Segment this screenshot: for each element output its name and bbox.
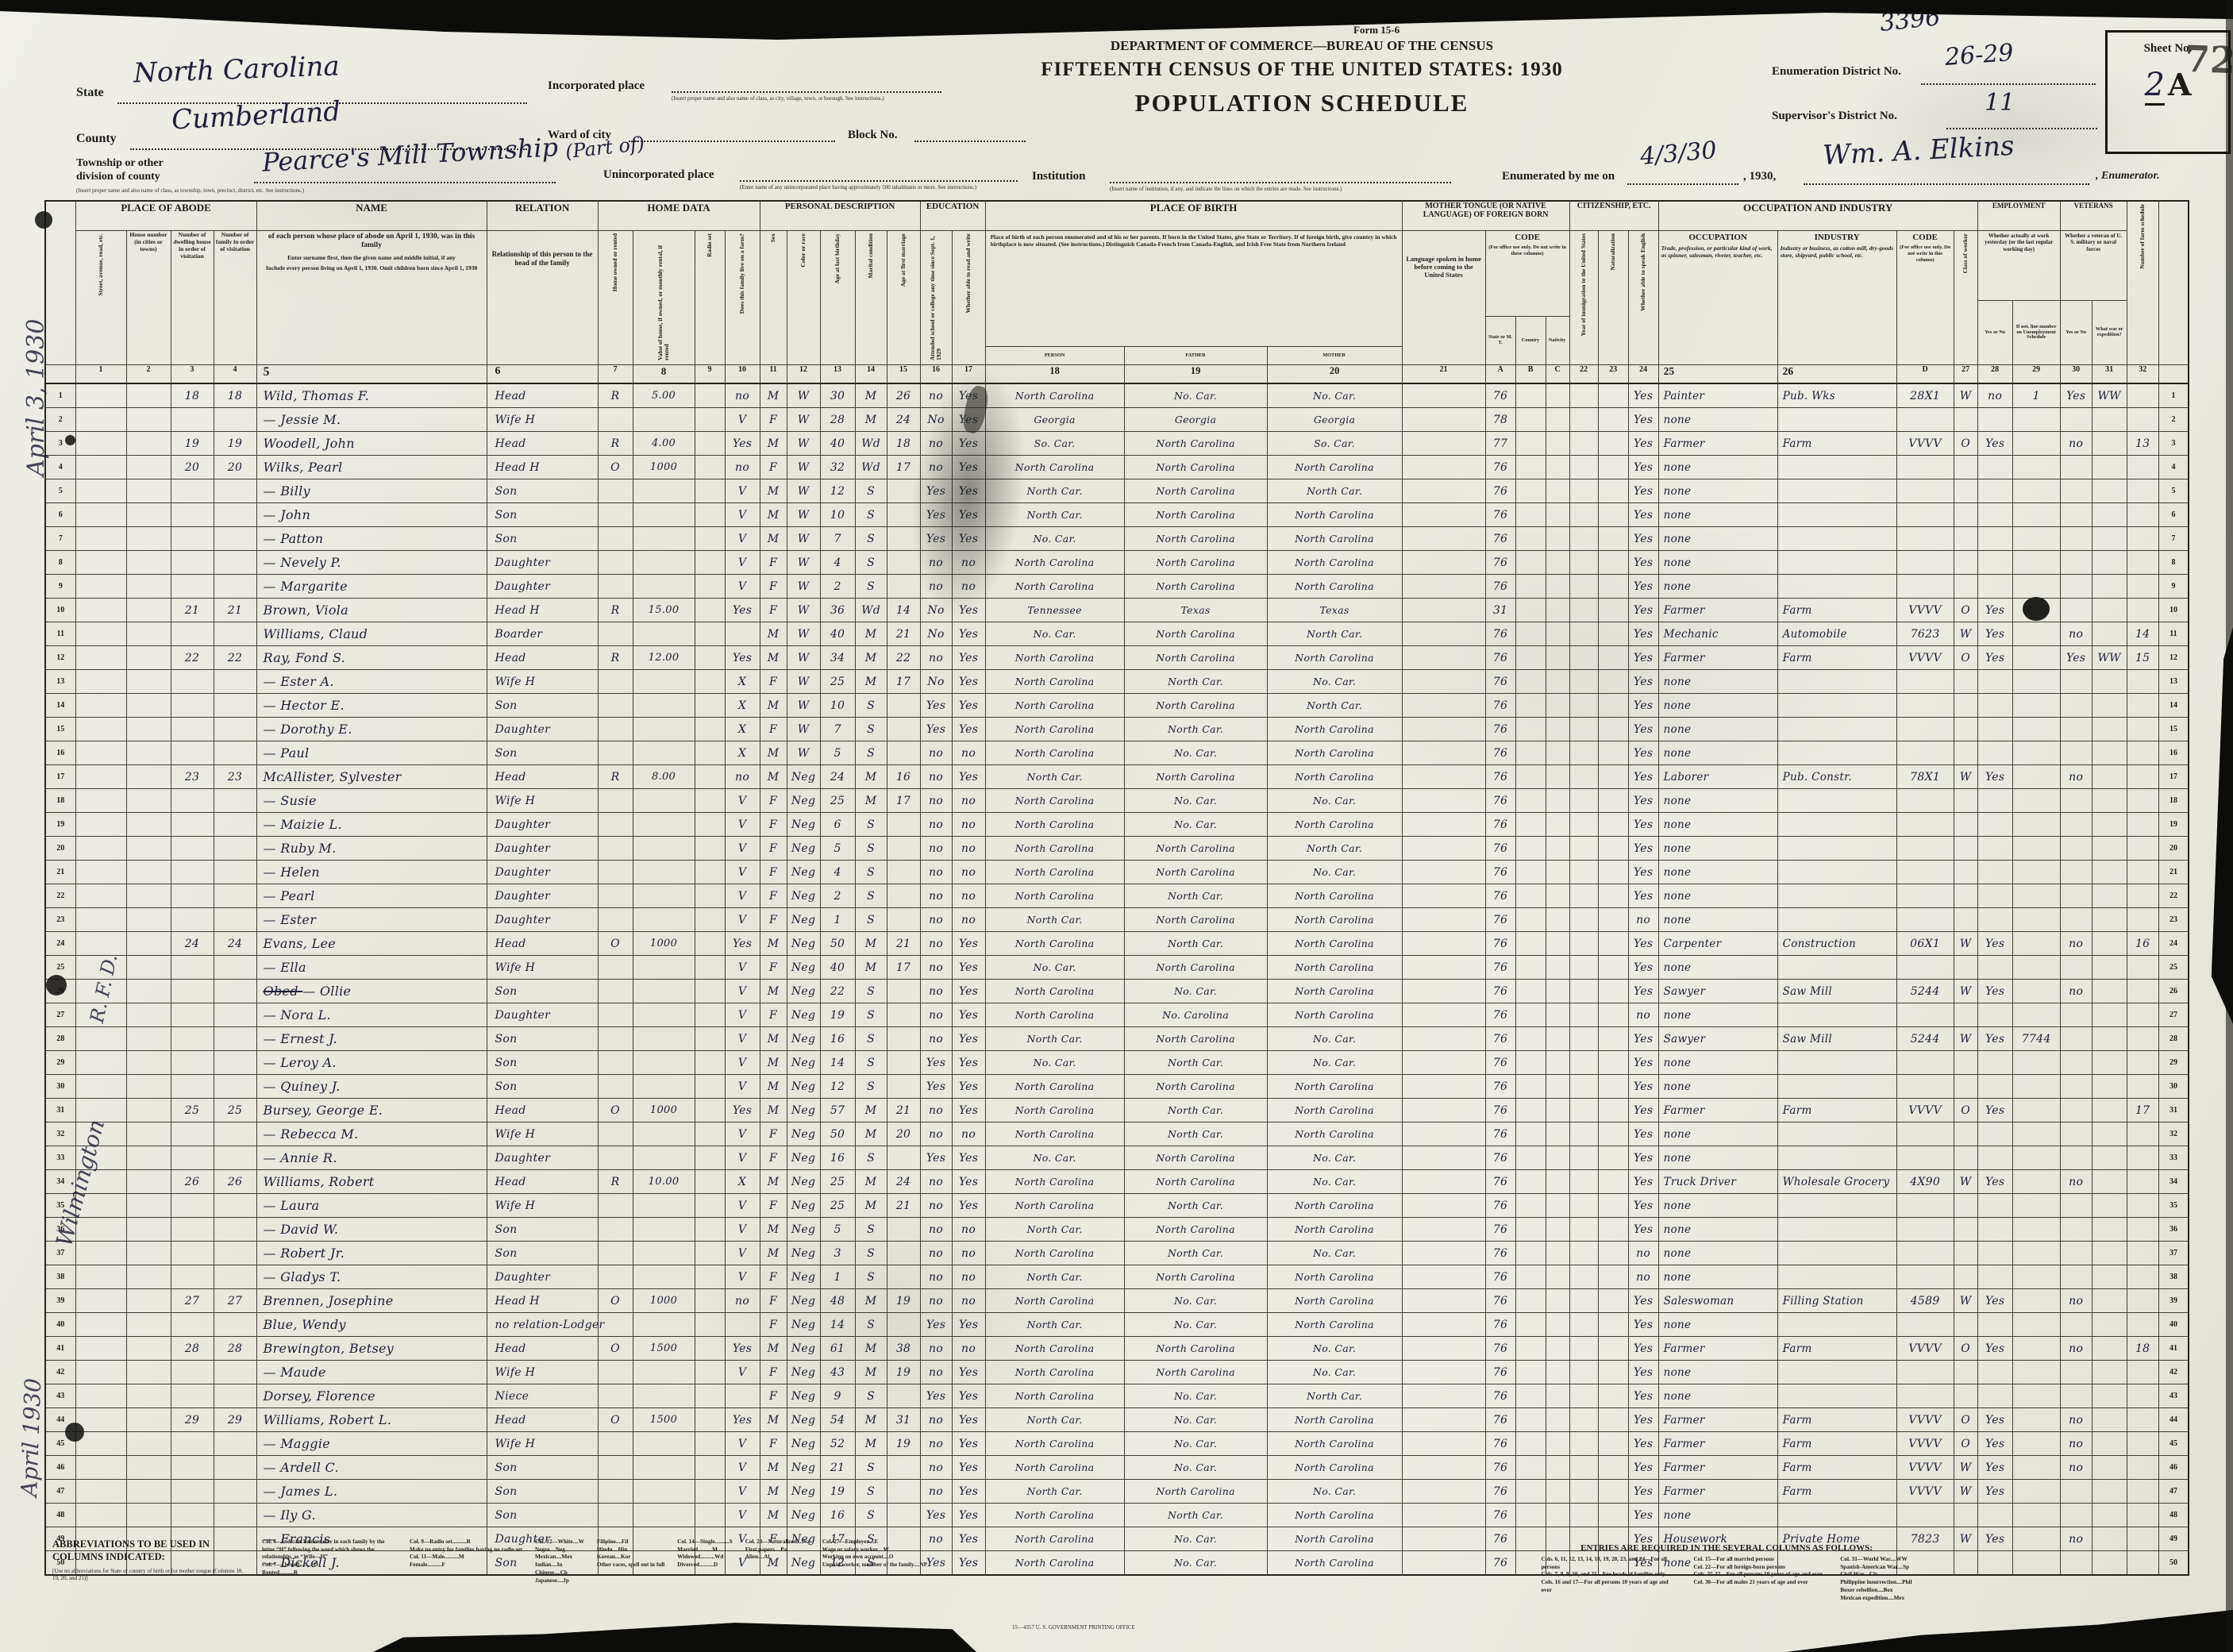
cell-eng: Yes [1628, 1384, 1658, 1408]
cell-name: Wild, Thomas F. [256, 383, 487, 408]
cell-cC [1546, 718, 1569, 741]
cell-occ: Carpenter [1658, 932, 1777, 956]
cell-pbM: North Carolina [1267, 1504, 1402, 1527]
cell-mar: M [855, 1337, 887, 1361]
cell-cls: O [1954, 599, 1977, 622]
cell-pbM: No. Car. [1267, 1480, 1402, 1504]
table-row: 32— Rebecca M.Wife HVFNeg50M20nonoNorth … [45, 1123, 2189, 1146]
cell-eng: Yes [1628, 1099, 1658, 1123]
cell-radio [695, 1123, 725, 1146]
cell-n: 15 [45, 718, 75, 741]
cell-street [75, 813, 126, 837]
cell-pbF: North Carolina [1124, 456, 1267, 479]
table-row: 102121Brown, ViolaHead HR15.00YesFW36Wd1… [45, 599, 2189, 622]
cell-dw [171, 622, 214, 646]
cell-pbM: North Carolina [1267, 884, 1402, 908]
cell-v31 [2092, 908, 2127, 932]
cell-cC [1546, 765, 1569, 789]
cell-farm [725, 622, 760, 646]
scan-edge-bottom-right [1786, 1610, 2233, 1652]
cell-ind [1777, 1384, 1896, 1408]
cell-radio [695, 789, 725, 813]
cell-pbM: North Carolina [1267, 1408, 1402, 1432]
cell-mar: M [855, 383, 887, 408]
cell-n: 9 [45, 575, 75, 599]
cell-rel: Head [487, 432, 598, 456]
cell-fam: 25 [214, 1099, 256, 1123]
cell-fam [214, 694, 256, 718]
cell-f32: 16 [2127, 932, 2158, 956]
county-label: County [76, 132, 117, 146]
cell-e28 [1977, 527, 2012, 551]
cell-age: 16 [820, 1504, 855, 1527]
cell-mar: S [855, 813, 887, 837]
cell-cA: 76 [1485, 1075, 1515, 1099]
cell-farm: V [725, 1051, 760, 1075]
cell-cB [1515, 1265, 1546, 1289]
cell-pbF: North Carolina [1124, 1075, 1267, 1099]
cell-cls [1954, 1123, 1977, 1146]
cell-occ: none [1658, 1242, 1777, 1265]
cell-mar: S [855, 479, 887, 503]
cell-sex: M [760, 1242, 787, 1265]
cell-e28: Yes [1977, 1289, 2012, 1313]
cell-eng: Yes [1628, 383, 1658, 408]
cell-imm [1569, 599, 1598, 622]
cell-age: 43 [820, 1361, 855, 1384]
cell-v30 [2060, 1504, 2092, 1527]
cell-agm: 19 [887, 1289, 920, 1313]
cell-street [75, 599, 126, 622]
subcol-emp-yes-no: Yes or No [1978, 301, 2012, 364]
cell-cB [1515, 408, 1546, 432]
cell-v31 [2092, 861, 2127, 884]
group-place-of-abode: PLACE OF ABODE [75, 201, 256, 231]
cell-e28 [1977, 956, 2012, 980]
cell-pbP: No. Car. [985, 622, 1124, 646]
cell-cA: 76 [1485, 1265, 1515, 1289]
cell-imm [1569, 1218, 1598, 1242]
cell-fam: 23 [214, 765, 256, 789]
cell-cC [1546, 1337, 1569, 1361]
cell-agm [887, 1480, 920, 1504]
cell-age: 5 [820, 1218, 855, 1242]
table-row: 48— Ily G.SonVMNeg16SYesYesNorth Carolin… [45, 1504, 2189, 1527]
footer-abbreviation-block: Col. 27—Employer....EWage or salary work… [822, 1538, 927, 1585]
cell-fam: 19 [214, 432, 256, 456]
cell-eng: Yes [1628, 1075, 1658, 1099]
cell-farm: V [725, 1242, 760, 1265]
cell-sex: F [760, 861, 787, 884]
cell-own [598, 551, 633, 575]
table-row: 43Dorsey, FlorenceNieceFNeg9SYesYesNorth… [45, 1384, 2189, 1408]
cell-pbF: No. Car. [1124, 980, 1267, 1003]
cell-race: W [787, 503, 820, 527]
cell-nat [1598, 622, 1628, 646]
cell-sch: No [920, 670, 952, 694]
cell-cA: 76 [1485, 694, 1515, 718]
cell-race: Neg [787, 980, 820, 1003]
cell-cC [1546, 1289, 1569, 1313]
cell-pbF: North Carolina [1124, 1265, 1267, 1289]
cell-cB [1515, 1361, 1546, 1384]
cell-agm [887, 1051, 920, 1075]
cell-pbM: North Car. [1267, 622, 1402, 646]
footer-abbreviations: ABBREVIATIONS TO BE USED IN COLUMNS INDI… [52, 1538, 1148, 1585]
cell-e29 [2012, 1075, 2060, 1099]
cell-lang [1402, 837, 1485, 861]
cell-cD [1896, 1075, 1954, 1099]
cell-ind: Farm [1777, 1456, 1896, 1480]
cell-cA: 76 [1485, 670, 1515, 694]
cell-val [633, 1218, 695, 1242]
cell-own [598, 1242, 633, 1265]
cell-e28 [1977, 1504, 2012, 1527]
cell-cD: VVVV [1896, 1432, 1954, 1456]
cell-f32 [2127, 1075, 2158, 1099]
cell-f32 [2127, 408, 2158, 432]
cell-cA: 76 [1485, 646, 1515, 670]
ink-blot [2023, 597, 2050, 621]
cell-sex: M [760, 1051, 787, 1075]
cell-age: 3 [820, 1242, 855, 1265]
cell-agm [887, 980, 920, 1003]
cell-ind: Wholesale Grocery [1777, 1170, 1896, 1194]
cell-cA: 76 [1485, 479, 1515, 503]
cell-lang [1402, 599, 1485, 622]
cell-cls [1954, 694, 1977, 718]
schedule-title: POPULATION SCHEDULE [984, 89, 1619, 117]
cell-fam: 21 [214, 599, 256, 622]
cell-house [126, 1408, 171, 1432]
cell-occ: none [1658, 1504, 1777, 1527]
cell-own [598, 789, 633, 813]
cell-cA: 76 [1485, 1456, 1515, 1480]
cell-age: 30 [820, 383, 855, 408]
table-row: 33— Annie R.DaughterVFNeg16SYesYesNo. Ca… [45, 1146, 2189, 1170]
cell-v30 [2060, 1361, 2092, 1384]
cell-nR: 4 [2158, 456, 2189, 479]
cell-cA: 76 [1485, 1003, 1515, 1027]
cell-pbP: North Carolina [985, 646, 1124, 670]
cell-occ: Painter [1658, 383, 1777, 408]
cell-rel: Wife H [487, 408, 598, 432]
cell-radio [695, 1218, 725, 1242]
cell-imm [1569, 741, 1598, 765]
cell-pbF: North Carolina [1124, 908, 1267, 932]
cell-v31 [2092, 1337, 2127, 1361]
cell-own: O [598, 932, 633, 956]
cell-lang [1402, 1313, 1485, 1337]
cell-pbP: North Carolina [985, 1456, 1124, 1480]
table-row: 442929Williams, Robert L.HeadO1500YesMNe… [45, 1408, 2189, 1432]
cell-house [126, 456, 171, 479]
cell-e28 [1977, 694, 2012, 718]
cell-e29 [2012, 1456, 2060, 1480]
cell-dw: 22 [171, 646, 214, 670]
cell-f32 [2127, 670, 2158, 694]
cell-pbP: North Carolina [985, 861, 1124, 884]
cell-rel: Head H [487, 1289, 598, 1313]
cell-rel: Son [487, 1480, 598, 1504]
cell-dw [171, 813, 214, 837]
cell-val: 1500 [633, 1337, 695, 1361]
cell-val [633, 1313, 695, 1337]
cell-cls [1954, 1384, 1977, 1408]
punch-hole [65, 435, 75, 445]
cell-age: 19 [820, 1003, 855, 1027]
cell-e29 [2012, 1146, 2060, 1170]
cell-farm: V [725, 408, 760, 432]
cell-cA: 76 [1485, 1123, 1515, 1146]
cell-cC [1546, 908, 1569, 932]
cell-nR: 16 [2158, 741, 2189, 765]
cell-n: 23 [45, 908, 75, 932]
cell-name: — Quiney J. [256, 1075, 487, 1099]
cell-occ: Saleswoman [1658, 1289, 1777, 1313]
cell-agm: 17 [887, 670, 920, 694]
cell-agm: 21 [887, 932, 920, 956]
cell-v30 [2060, 789, 2092, 813]
col-header-code-abc: CODE (For office use only. Do not write … [1485, 231, 1569, 365]
cell-pbF: North Car. [1124, 718, 1267, 741]
cell-rel: Daughter [487, 1265, 598, 1289]
cell-dw [171, 861, 214, 884]
cell-farm: no [725, 1289, 760, 1313]
cell-f32 [2127, 1003, 2158, 1027]
cell-dw [171, 670, 214, 694]
cell-sex: F [760, 1384, 787, 1408]
cell-name: Brewington, Betsey [256, 1337, 487, 1361]
cell-cls [1954, 551, 1977, 575]
cell-v31 [2092, 1027, 2127, 1051]
cell-cB [1515, 1170, 1546, 1194]
cell-nat [1598, 599, 1628, 622]
subcol-code-state: State or M. T. [1486, 317, 1515, 364]
cell-age: 32 [820, 456, 855, 479]
cell-age: 19 [820, 1480, 855, 1504]
cell-v31 [2092, 1146, 2127, 1170]
cell-eng: Yes [1628, 980, 1658, 1003]
cell-sch: no [920, 1456, 952, 1480]
cell-cB [1515, 1480, 1546, 1504]
cell-cC [1546, 622, 1569, 646]
cell-lang [1402, 503, 1485, 527]
cell-race: W [787, 622, 820, 646]
cell-cC [1546, 408, 1569, 432]
cell-val: 1000 [633, 456, 695, 479]
cell-rel: Daughter [487, 884, 598, 908]
cell-e29 [2012, 408, 2060, 432]
cell-rel: Head [487, 383, 598, 408]
cell-mar: Wd [855, 456, 887, 479]
cell-nat [1598, 1504, 1628, 1527]
col-header-marital: Marital condition [855, 231, 887, 365]
subcol-vet-war: What war or expedition? [2092, 301, 2127, 364]
cell-imm [1569, 1361, 1598, 1384]
table-row: 18— SusieWife HVFNeg25M17nonoNorth Carol… [45, 789, 2189, 813]
cell-lang [1402, 1384, 1485, 1408]
cell-nat [1598, 1099, 1628, 1123]
cell-f32 [2127, 383, 2158, 408]
cell-pbM: North Carolina [1267, 1265, 1402, 1289]
cell-imm [1569, 1432, 1598, 1456]
cell-e28: Yes [1977, 1337, 2012, 1361]
cell-ind [1777, 1194, 1896, 1218]
table-row: 5— BillySonVMW12SYesYesNorth Car.North C… [45, 479, 2189, 503]
cell-dw [171, 1456, 214, 1480]
cell-mar: S [855, 1146, 887, 1170]
cell-n: 41 [45, 1337, 75, 1361]
table-row: 42— MaudeWife HVFNeg43M19noYesNorth Caro… [45, 1361, 2189, 1384]
cell-race: Neg [787, 1123, 820, 1146]
cell-cA: 76 [1485, 718, 1515, 741]
cell-house [126, 1337, 171, 1361]
cell-cD [1896, 527, 1954, 551]
cell-cD [1896, 884, 1954, 908]
cell-ind [1777, 670, 1896, 694]
cell-mar: M [855, 408, 887, 432]
cell-ind: Pub. Wks [1777, 383, 1896, 408]
cell-sex: F [760, 1432, 787, 1456]
cell-ind: Saw Mill [1777, 980, 1896, 1003]
footer-entries-required: ENTRIES ARE REQUIRED IN THE SEVERAL COLU… [1238, 1543, 2215, 1602]
cell-agm [887, 1384, 920, 1408]
cell-name: — Robert Jr. [256, 1242, 487, 1265]
cell-f32 [2127, 1384, 2158, 1408]
cell-v31 [2092, 980, 2127, 1003]
cell-sch: no [920, 861, 952, 884]
subcol-code-nativity: Nativity [1546, 317, 1569, 364]
cell-n: 31 [45, 1099, 75, 1123]
cell-cls: W [1954, 765, 1977, 789]
cell-own [598, 1456, 633, 1480]
cell-v30 [2060, 694, 2092, 718]
cell-pbM: North Carolina [1267, 741, 1402, 765]
cell-cB [1515, 1313, 1546, 1337]
cell-cB [1515, 765, 1546, 789]
cell-nat [1598, 1432, 1628, 1456]
cell-race: Neg [787, 1361, 820, 1384]
cell-age: 14 [820, 1313, 855, 1337]
cell-rw: no [952, 741, 985, 765]
cell-cls [1954, 1361, 1977, 1384]
cell-radio [695, 1027, 725, 1051]
cell-street [75, 1384, 126, 1408]
cell-nat [1598, 789, 1628, 813]
cell-v31 [2092, 1194, 2127, 1218]
cell-rw: Yes [952, 1051, 985, 1075]
cell-race: W [787, 599, 820, 622]
cell-nR: 33 [2158, 1146, 2189, 1170]
cell-dw [171, 956, 214, 980]
cell-radio [695, 1480, 725, 1504]
cell-radio [695, 1504, 725, 1527]
township-note: (Insert proper name and also name of cla… [76, 187, 410, 194]
cell-cA: 76 [1485, 956, 1515, 980]
cell-agm [887, 718, 920, 741]
cell-occ: none [1658, 908, 1777, 932]
cell-v31 [2092, 1003, 2127, 1027]
cell-house [126, 1432, 171, 1456]
cell-imm [1569, 813, 1598, 837]
table-row: 42020Wilks, PearlHead HO1000noFW32Wd17no… [45, 456, 2189, 479]
cell-dw: 23 [171, 765, 214, 789]
cell-cB [1515, 527, 1546, 551]
cell-pbM: No. Car. [1267, 1242, 1402, 1265]
cell-mar: S [855, 1242, 887, 1265]
cell-f32 [2127, 1432, 2158, 1456]
cell-rel: Daughter [487, 861, 598, 884]
cell-street [75, 670, 126, 694]
cell-v30 [2060, 1384, 2092, 1408]
cell-street [75, 1027, 126, 1051]
cell-cC [1546, 884, 1569, 908]
cell-street [75, 884, 126, 908]
enumerated-label: Enumerated by me on [1502, 170, 1615, 183]
cell-sch: no [920, 1123, 952, 1146]
cell-cB [1515, 383, 1546, 408]
cell-radio [695, 1361, 725, 1384]
cell-cC [1546, 1456, 1569, 1480]
cell-pbM: North Carolina [1267, 527, 1402, 551]
cell-name: — Maude [256, 1361, 487, 1384]
cell-cls: W [1954, 932, 1977, 956]
punch-hole [46, 975, 67, 995]
cell-pbM: North Carolina [1267, 575, 1402, 599]
cell-own [598, 718, 633, 741]
cell-rw: Yes [952, 1170, 985, 1194]
cell-pbF: North Car. [1124, 1504, 1267, 1527]
cell-street [75, 383, 126, 408]
table-row: 45— MaggieWife HVFNeg52M19noYesNorth Car… [45, 1432, 2189, 1456]
cell-radio [695, 837, 725, 861]
cell-e29 [2012, 837, 2060, 861]
cell-e28: Yes [1977, 432, 2012, 456]
col-header-farm: Does this family live on a farm? [725, 231, 760, 365]
cell-f32 [2127, 1194, 2158, 1218]
cell-imm [1569, 1003, 1598, 1027]
cell-eng: Yes [1628, 884, 1658, 908]
cell-pbF: North Carolina [1124, 1146, 1267, 1170]
cell-radio [695, 980, 725, 1003]
cell-v30 [2060, 408, 2092, 432]
cell-house [126, 479, 171, 503]
cell-name: Williams, Claud [256, 622, 487, 646]
cell-cC [1546, 527, 1569, 551]
cell-ind: Farm [1777, 1432, 1896, 1456]
cell-lang [1402, 1361, 1485, 1384]
cell-sch: no [920, 932, 952, 956]
table-row: 25— EllaWife HVFNeg40M17noYesNo. Car.Nor… [45, 956, 2189, 980]
cell-agm: 24 [887, 1170, 920, 1194]
cell-house [126, 813, 171, 837]
cell-agm: 38 [887, 1337, 920, 1361]
cell-imm [1569, 956, 1598, 980]
cell-pbF: North Car. [1124, 1099, 1267, 1123]
cell-fam: 24 [214, 932, 256, 956]
cell-cls [1954, 789, 1977, 813]
cell-agm [887, 884, 920, 908]
cell-house [126, 670, 171, 694]
cell-cD: VVVV [1896, 1456, 1954, 1480]
cell-farm: V [725, 1194, 760, 1218]
cell-lang [1402, 479, 1485, 503]
cell-eng: Yes [1628, 1480, 1658, 1504]
table-row: 47— James L.SonVMNeg19SnoYesNorth Car.No… [45, 1480, 2189, 1504]
cell-v31 [2092, 1480, 2127, 1504]
cell-ind: Farm [1777, 1480, 1896, 1504]
